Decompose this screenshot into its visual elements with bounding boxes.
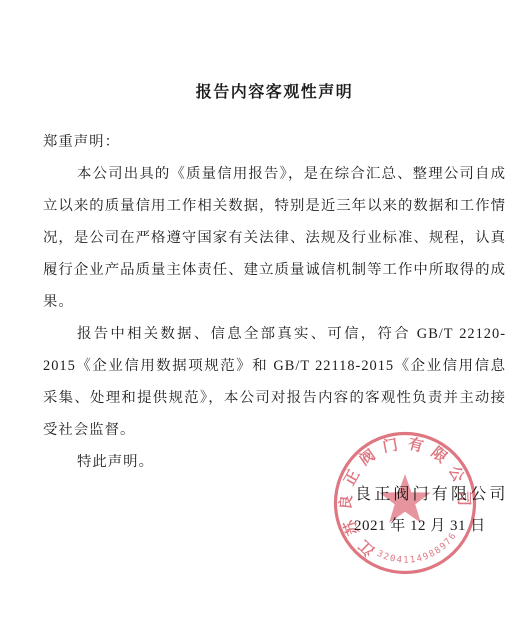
document-body: 报告内容客观性声明 郑重声明： 本公司出具的《质量信用报告》，是在综合汇总、整理… [43,0,506,478]
declaration-page: 报告内容客观性声明 郑重声明： 本公司出具的《质量信用报告》，是在综合汇总、整理… [0,0,517,629]
salutation-line: 郑重声明： [43,126,506,158]
signature-company-name: 良正阀门有限公司 [355,481,509,504]
seal-serial-number: 3204114988976 [375,530,459,565]
paragraph-quality-credit-report: 本公司出具的《质量信用报告》，是在综合汇总、整理公司自成立以来的质量信用工作相关… [43,158,506,318]
closing-statement: 特此声明。 [43,446,506,478]
page-title: 报告内容客观性声明 [43,84,506,102]
paragraph-standards-compliance: 报告中相关数据、信息全部真实、可信，符合 GB/T 22120-2015《企业信… [43,318,506,446]
signature-date: 2021 年 12 月 31 日 [354,514,486,535]
